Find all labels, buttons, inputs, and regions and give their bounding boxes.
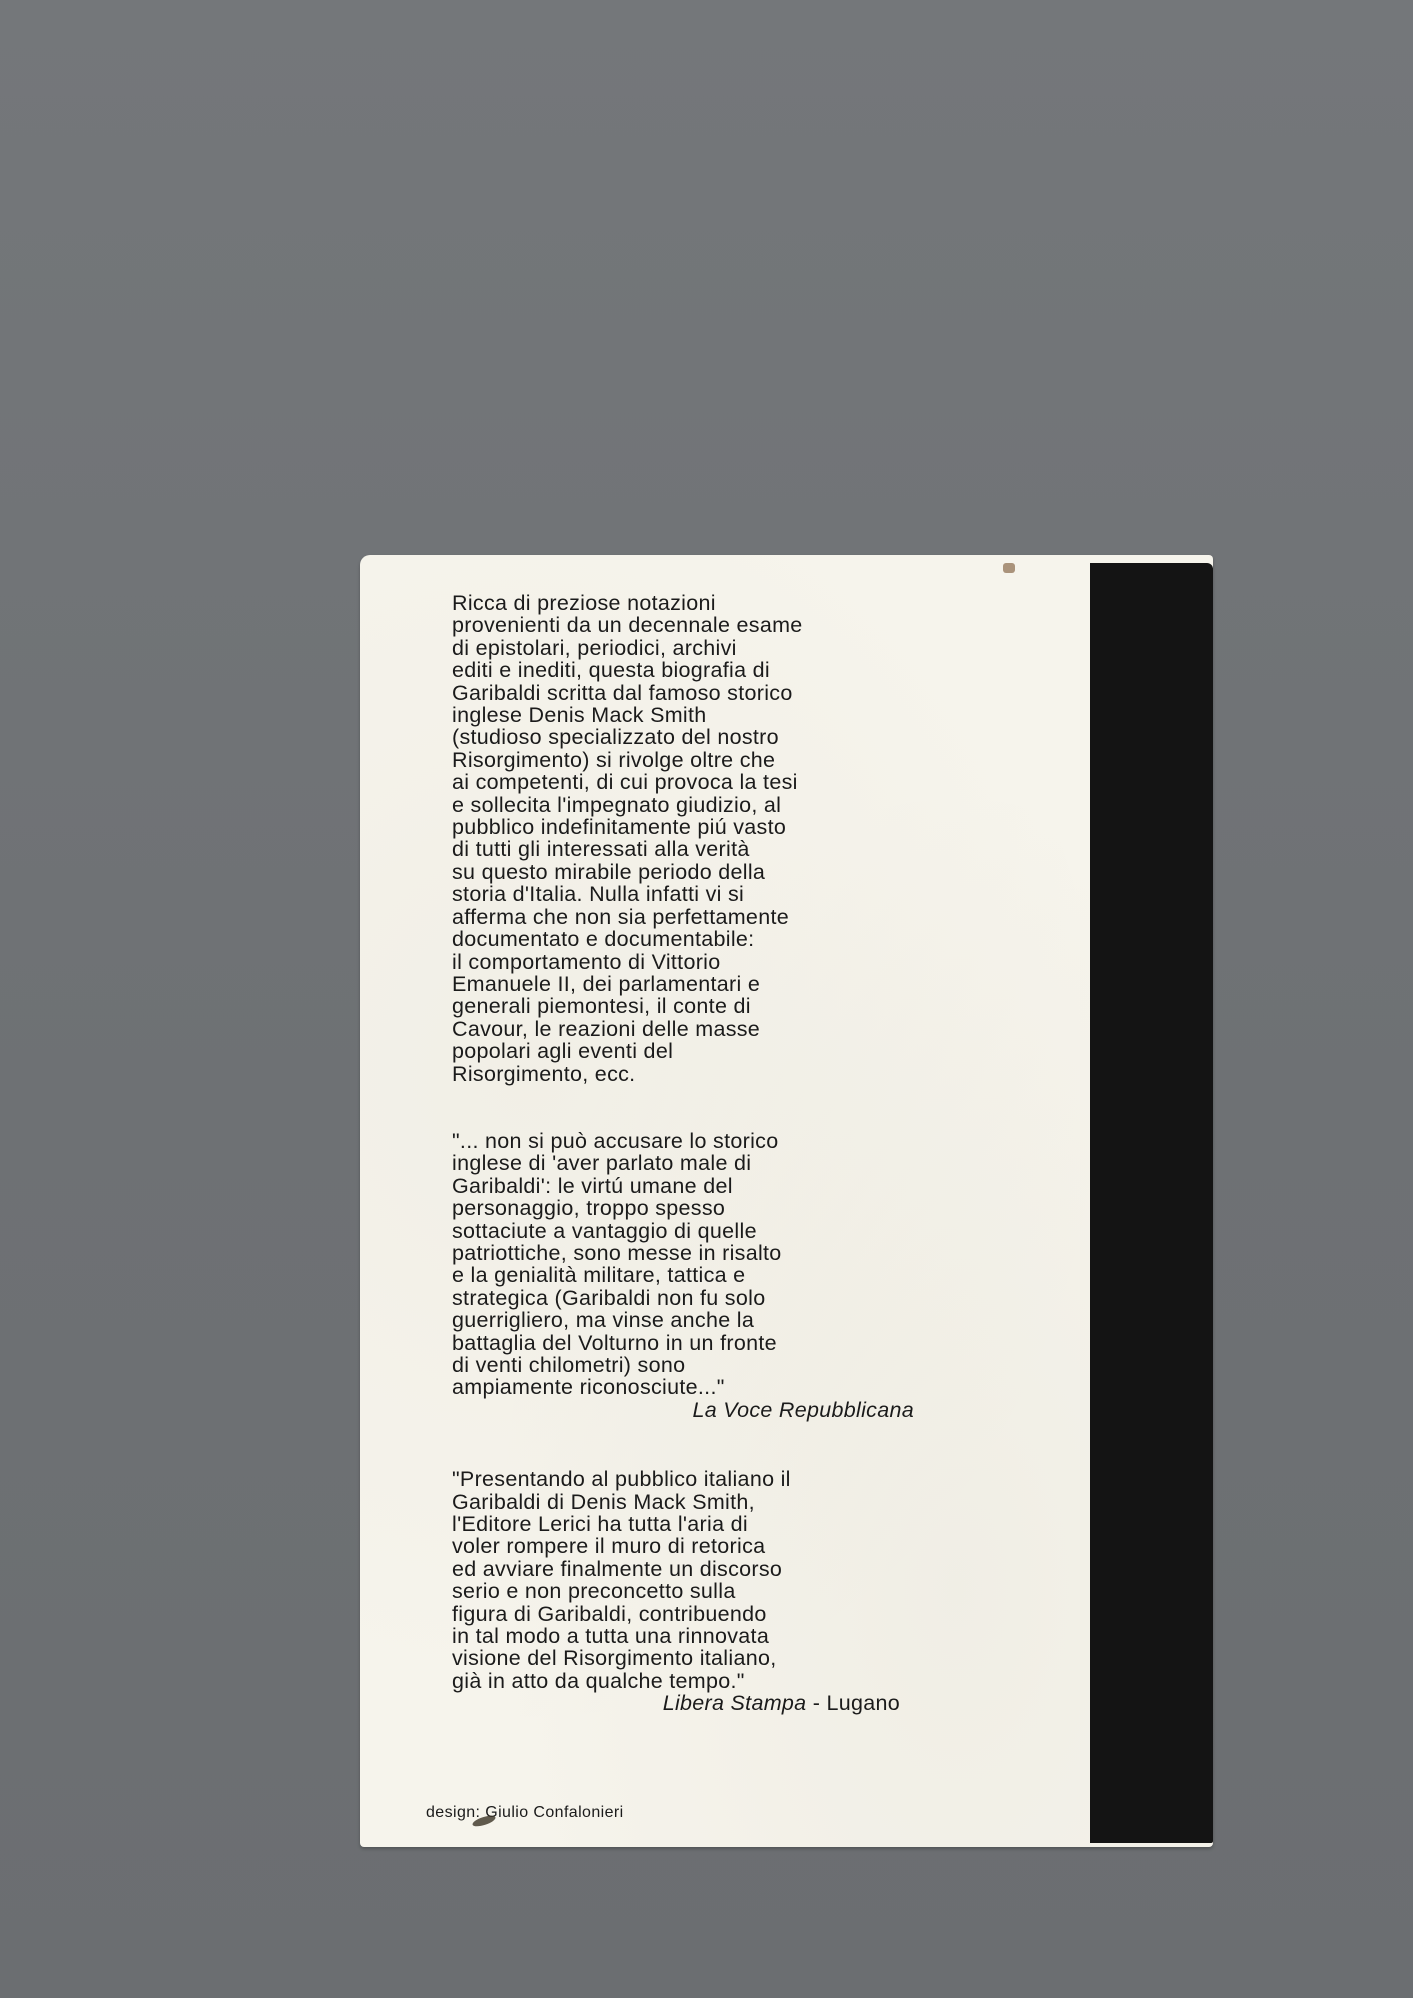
text-line: sottaciute a vantaggio di quelle [452, 1220, 1072, 1242]
blurb-paragraph: Ricca di preziose notazioniprovenienti d… [452, 592, 1072, 1085]
text-line: inglese Denis Mack Smith [452, 704, 1072, 726]
text-line: (studioso specializzato del nostro [452, 726, 1072, 748]
review-quote-voce-repubblicana: "... non si può accusare lo storicoingle… [452, 1130, 1072, 1399]
cover-text-column: Ricca di preziose notazioniprovenienti d… [452, 592, 1072, 1715]
text-line: e la genialità militare, tattica e [452, 1264, 1072, 1286]
text-line: inglese di 'aver parlato male di [452, 1152, 1072, 1174]
attribution-location: - Lugano [813, 1691, 900, 1715]
text-line: Cavour, le reazioni delle masse [452, 1018, 1072, 1040]
text-line: l'Editore Lerici ha tutta l'aria di [452, 1513, 1072, 1535]
text-line: Garibaldi': le virtú umane del [452, 1175, 1072, 1197]
design-credit: design: Giulio Confalonieri [426, 1804, 624, 1822]
text-line: Ricca di preziose notazioni [452, 592, 1072, 614]
text-line: figura di Garibaldi, contribuendo [452, 1603, 1072, 1625]
text-line: in tal modo a tutta una rinnovata [452, 1625, 1072, 1647]
review-quote-libera-stampa: "Presentando al pubblico italiano ilGari… [452, 1468, 1072, 1692]
text-line: personaggio, troppo spesso [452, 1197, 1072, 1219]
text-line: già in atto da qualche tempo." [452, 1670, 1072, 1692]
text-line: battaglia del Volturno in un fronte [452, 1332, 1072, 1354]
text-line: ai competenti, di cui provoca la tesi [452, 771, 1072, 793]
text-line: Garibaldi scritta dal famoso storico [452, 682, 1072, 704]
stain-mark [1003, 563, 1015, 573]
text-line: "... non si può accusare lo storico [452, 1130, 1072, 1152]
text-line: popolari agli eventi del [452, 1040, 1072, 1062]
text-line: generali piemontesi, il conte di [452, 995, 1072, 1017]
attribution-source: Libera Stampa [663, 1691, 807, 1715]
text-line: visione del Risorgimento italiano, [452, 1647, 1072, 1669]
text-line: il comportamento di Vittorio [452, 951, 1072, 973]
attribution-source: La Voce Repubblicana [692, 1398, 914, 1422]
text-line: patriottiche, sono messe in risalto [452, 1242, 1072, 1264]
black-spine-band [1090, 563, 1213, 1843]
quote-attribution: La Voce Repubblicana [452, 1399, 1072, 1421]
text-line: serio e non preconcetto sulla [452, 1580, 1072, 1602]
text-line: di epistolari, periodici, archivi [452, 637, 1072, 659]
quote-attribution: Libera Stampa - Lugano [452, 1692, 1072, 1714]
text-line: di venti chilometri) sono [452, 1354, 1072, 1376]
text-line: guerrigliero, ma vinse anche la [452, 1309, 1072, 1331]
text-line: afferma che non sia perfettamente [452, 906, 1072, 928]
text-line: voler rompere il muro di retorica [452, 1535, 1072, 1557]
text-line: "Presentando al pubblico italiano il [452, 1468, 1072, 1490]
text-line: strategica (Garibaldi non fu solo [452, 1287, 1072, 1309]
text-line: ed avviare finalmente un discorso [452, 1558, 1072, 1580]
text-line: e sollecita l'impegnato giudizio, al [452, 794, 1072, 816]
text-line: Risorgimento, ecc. [452, 1063, 1072, 1085]
text-line: pubblico indefinitamente piú vasto [452, 816, 1072, 838]
text-line: di tutti gli interessati alla verità [452, 838, 1072, 860]
text-line: Garibaldi di Denis Mack Smith, [452, 1491, 1072, 1513]
text-line: ampiamente riconosciute..." [452, 1376, 1072, 1398]
text-line: editi e inediti, questa biografia di [452, 659, 1072, 681]
text-line: Risorgimento) si rivolge oltre che [452, 749, 1072, 771]
text-line: Emanuele II, dei parlamentari e [452, 973, 1072, 995]
book-back-cover: Ricca di preziose notazioniprovenienti d… [360, 555, 1213, 1847]
text-line: documentato e documentabile: [452, 928, 1072, 950]
text-line: storia d'Italia. Nulla infatti vi si [452, 883, 1072, 905]
text-line: su questo mirabile periodo della [452, 861, 1072, 883]
text-line: provenienti da un decennale esame [452, 614, 1072, 636]
